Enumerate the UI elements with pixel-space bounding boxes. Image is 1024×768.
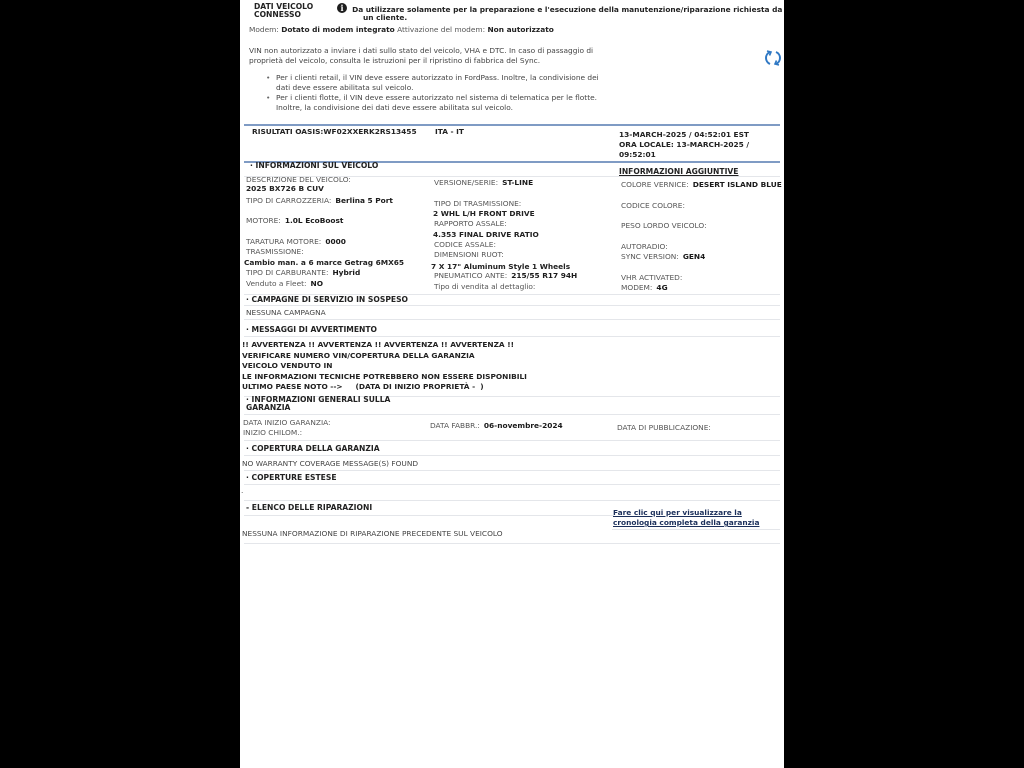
notice-text: un cliente. xyxy=(337,14,782,22)
heading-text: COPERTURE ESTESE xyxy=(252,473,337,482)
campaigns-heading: · CAMPAGNE DI SERVIZIO IN SOSPESO xyxy=(246,295,408,304)
wheel-size-label: DIMENSIONI RUOT: xyxy=(434,250,504,259)
row-divider xyxy=(244,470,780,471)
drive-type-label: TIPO DI TRASMISSIONE: xyxy=(434,199,521,208)
value: DESERT ISLAND BLUE xyxy=(693,180,782,189)
row-divider xyxy=(244,440,780,441)
row-divider xyxy=(244,336,780,337)
wheel-size-value: 7 X 17" Aluminum Style 1 Wheels xyxy=(431,262,570,271)
local-time: ORA LOCALE: 13-MARCH-2025 / xyxy=(619,140,749,150)
label: SYNC VERSION: xyxy=(621,252,679,261)
refresh-icon[interactable] xyxy=(764,49,782,67)
label: TIPO DI CARBURANTE: xyxy=(246,268,328,277)
campaigns-value: NESSUNA CAMPAGNA xyxy=(246,308,326,317)
warning-line: !! AVVERTENZA !! AVVERTENZA !! AVVERTENZ… xyxy=(242,340,527,351)
modem-value: Dotato di modem integrato xyxy=(281,25,395,34)
activation-label: Attivazione del modem: xyxy=(397,25,485,34)
extended-coverage-value: . xyxy=(241,486,243,495)
local-time: 09:52:01 xyxy=(619,150,749,160)
sold-to-fleet: Venduto a Fleet:NO xyxy=(246,279,323,288)
value: 4G xyxy=(656,283,667,292)
value: Hybrid xyxy=(332,268,360,277)
axle-ratio-value: 4.353 FINAL DRIVE RATIO xyxy=(433,230,539,239)
value: ST-LINE xyxy=(502,178,533,187)
engine: MOTORE:1.0L EcoBoost xyxy=(246,216,343,225)
warranty-coverage-heading: · COPERTURA DELLA GARANZIA xyxy=(246,444,380,453)
engine-calibration: TARATURA MOTORE:0000 xyxy=(246,237,346,246)
transmission-label: TRASMISSIONE: xyxy=(246,247,304,256)
warranty-history-link[interactable]: Fare clic qui per visualizzare la cronol… xyxy=(613,508,759,528)
radio-label: AUTORADIO: xyxy=(621,242,668,251)
bullet-line: Per i clienti retail, il VIN deve essere… xyxy=(276,73,599,83)
row-divider xyxy=(612,529,780,530)
vehicle-info-heading: · INFORMAZIONI SUL VEICOLO xyxy=(250,161,378,170)
usage-notice: i Da utilizzare solamente per la prepara… xyxy=(337,3,782,22)
value: 215/55 R17 94H xyxy=(511,271,577,280)
repairs-heading: - ELENCO DELLE RIPARAZIONI xyxy=(246,503,372,512)
vin-note: VIN non autorizzato a inviare i dati sul… xyxy=(249,46,593,66)
activation-value: Non autorizzato xyxy=(487,25,553,34)
oasis-results-vin: RISULTATI OASIS:WF02XXERK2RS13455 xyxy=(252,127,417,136)
title-line: CONNESSO xyxy=(254,11,313,19)
label: DATA FABBR.: xyxy=(430,421,480,430)
description-value: 2025 BX726 B CUV xyxy=(246,184,324,193)
vin-note-line: VIN non autorizzato a inviare i dati sul… xyxy=(249,46,593,56)
warranty-general-heading: · INFORMAZIONI GENERALI SULLA GARANZIA xyxy=(246,396,390,412)
warning-line: VEICOLO VENDUTO IN xyxy=(242,361,527,372)
label: TARATURA MOTORE: xyxy=(246,237,321,246)
timestamp-est: 13-MARCH-2025 / 04:52:01 EST xyxy=(619,130,749,140)
connected-vehicle-title: DATI VEICOLO CONNESSO xyxy=(254,3,313,19)
front-tyre: PNEUMATICO ANTE:215/55 R17 94H xyxy=(434,271,577,280)
value: 1.0L EcoBoost xyxy=(285,216,344,225)
modem-label: Modem: xyxy=(249,25,279,34)
repairs-value: NESSUNA INFORMAZIONE DI RIPARAZIONE PREC… xyxy=(242,529,503,538)
heading-text: GARANZIA xyxy=(246,404,390,412)
warning-line: LE INFORMAZIONI TECNICHE POTREBBERO NON … xyxy=(242,372,527,383)
value: 0000 xyxy=(325,237,346,246)
warranty-start-label: DATA INIZIO GARANZIA: xyxy=(243,418,331,427)
row-divider xyxy=(244,515,614,516)
heading-text: CAMPAGNE DI SERVIZIO IN SOSPESO xyxy=(252,295,408,304)
build-date: DATA FABBR.:06-novembre-2024 xyxy=(430,421,563,430)
description-label: DESCRIZIONE DEL VEICOLO: xyxy=(246,175,351,184)
axle-ratio-label: RAPPORTO ASSALE: xyxy=(434,219,507,228)
bullet-line: Inoltre, la condivisione dei dati deve e… xyxy=(276,103,599,113)
warning-messages: !! AVVERTENZA !! AVVERTENZA !! AVVERTENZ… xyxy=(242,340,527,393)
version-series: VERSIONE/SERIE:ST-LINE xyxy=(434,178,533,187)
label: Venduto a Fleet: xyxy=(246,279,307,288)
modem-type: MODEM:4G xyxy=(621,283,668,292)
value: GEN4 xyxy=(683,252,705,261)
row-divider xyxy=(244,305,780,306)
timestamps: 13-MARCH-2025 / 04:52:01 EST ORA LOCALE:… xyxy=(619,130,749,160)
heading-text: INFORMAZIONI SUL VEICOLO xyxy=(256,161,379,170)
fuel-type: TIPO DI CARBURANTE:Hybrid xyxy=(246,268,360,277)
body-type: TIPO DI CARROZZERIA:Berlina 5 Port xyxy=(246,196,393,205)
warning-line: ULTIMO PAESE NOTO --> (DATA DI INIZIO PR… xyxy=(242,382,527,393)
paint-color: COLORE VERNICE:DESERT ISLAND BLUE xyxy=(621,180,782,189)
info-icon: i xyxy=(337,3,347,13)
row-divider xyxy=(244,319,780,320)
row-divider xyxy=(244,414,780,415)
extended-coverage-heading: · COPERTURE ESTESE xyxy=(246,473,337,482)
vhr-activated-label: VHR ACTIVATED: xyxy=(621,273,682,282)
label: COLORE VERNICE: xyxy=(621,180,689,189)
warranty-coverage-value: NO WARRANTY COVERAGE MESSAGE(S) FOUND xyxy=(242,459,418,468)
value: NO xyxy=(311,279,323,288)
value: 06-novembre-2024 xyxy=(484,421,563,430)
label: VERSIONE/SERIE: xyxy=(434,178,498,187)
retail-sale-type-label: Tipo di vendita al dettaglio: xyxy=(434,282,535,291)
section-divider xyxy=(244,124,780,126)
axle-code-label: CODICE ASSALE: xyxy=(434,240,496,249)
bullet-item: Per i clienti retail, il VIN deve essere… xyxy=(276,73,599,93)
gross-weight-label: PESO LORDO VEICOLO: xyxy=(621,221,707,230)
color-code-label: CODICE COLORE: xyxy=(621,201,685,210)
warnings-heading: · MESSAGGI DI AVVERTIMENTO xyxy=(246,325,377,334)
heading-text: ELENCO DELLE RIPARAZIONI xyxy=(252,503,372,512)
label: TIPO DI CARROZZERIA: xyxy=(246,196,331,205)
market-code: ITA - IT xyxy=(435,127,464,136)
value: Berlina 5 Port xyxy=(335,196,393,205)
notice-text: Da utilizzare solamente per la preparazi… xyxy=(352,5,782,14)
heading-text: COPERTURA DELLA GARANZIA xyxy=(252,444,380,453)
warning-line: VERIFICARE NUMERO VIN/COPERTURA DELLA GA… xyxy=(242,351,527,362)
link-text[interactable]: cronologia completa della garanzia xyxy=(613,518,759,528)
label: MODEM: xyxy=(621,283,652,292)
bullet-line: dati deve essere abilitata sul veicolo. xyxy=(276,83,599,93)
drive-type-value: 2 WHL L/H FRONT DRIVE xyxy=(433,209,535,218)
publication-date-label: DATA DI PUBBLICAZIONE: xyxy=(617,423,711,432)
bullet-line: Per i clienti flotte, il VIN deve essere… xyxy=(276,93,599,103)
heading-text: MESSAGGI DI AVVERTIMENTO xyxy=(252,325,377,334)
warranty-report-page: DATI VEICOLO CONNESSO i Da utilizzare so… xyxy=(240,0,784,768)
link-text[interactable]: Fare clic qui per visualizzare la xyxy=(613,508,759,518)
row-divider xyxy=(244,543,780,544)
sync-version: SYNC VERSION:GEN4 xyxy=(621,252,705,261)
additional-info-heading: INFORMAZIONI AGGIUNTIVE xyxy=(619,167,738,176)
authorization-bullets: Per i clienti retail, il VIN deve essere… xyxy=(276,73,599,113)
label: MOTORE: xyxy=(246,216,281,225)
modem-status: Modem: Dotato di modem integrato Attivaz… xyxy=(249,25,554,34)
row-divider xyxy=(244,455,780,456)
bullet-item: Per i clienti flotte, il VIN deve essere… xyxy=(276,93,599,113)
row-divider xyxy=(244,484,780,485)
vin-note-line: proprietà del veicolo, consulta le istru… xyxy=(249,56,593,66)
row-divider xyxy=(244,500,780,501)
transmission-value: Cambio man. a 6 marce Getrag 6MX65 xyxy=(244,258,404,267)
label: PNEUMATICO ANTE: xyxy=(434,271,507,280)
start-mileage-label: INIZIO CHILOM.: xyxy=(243,428,302,437)
